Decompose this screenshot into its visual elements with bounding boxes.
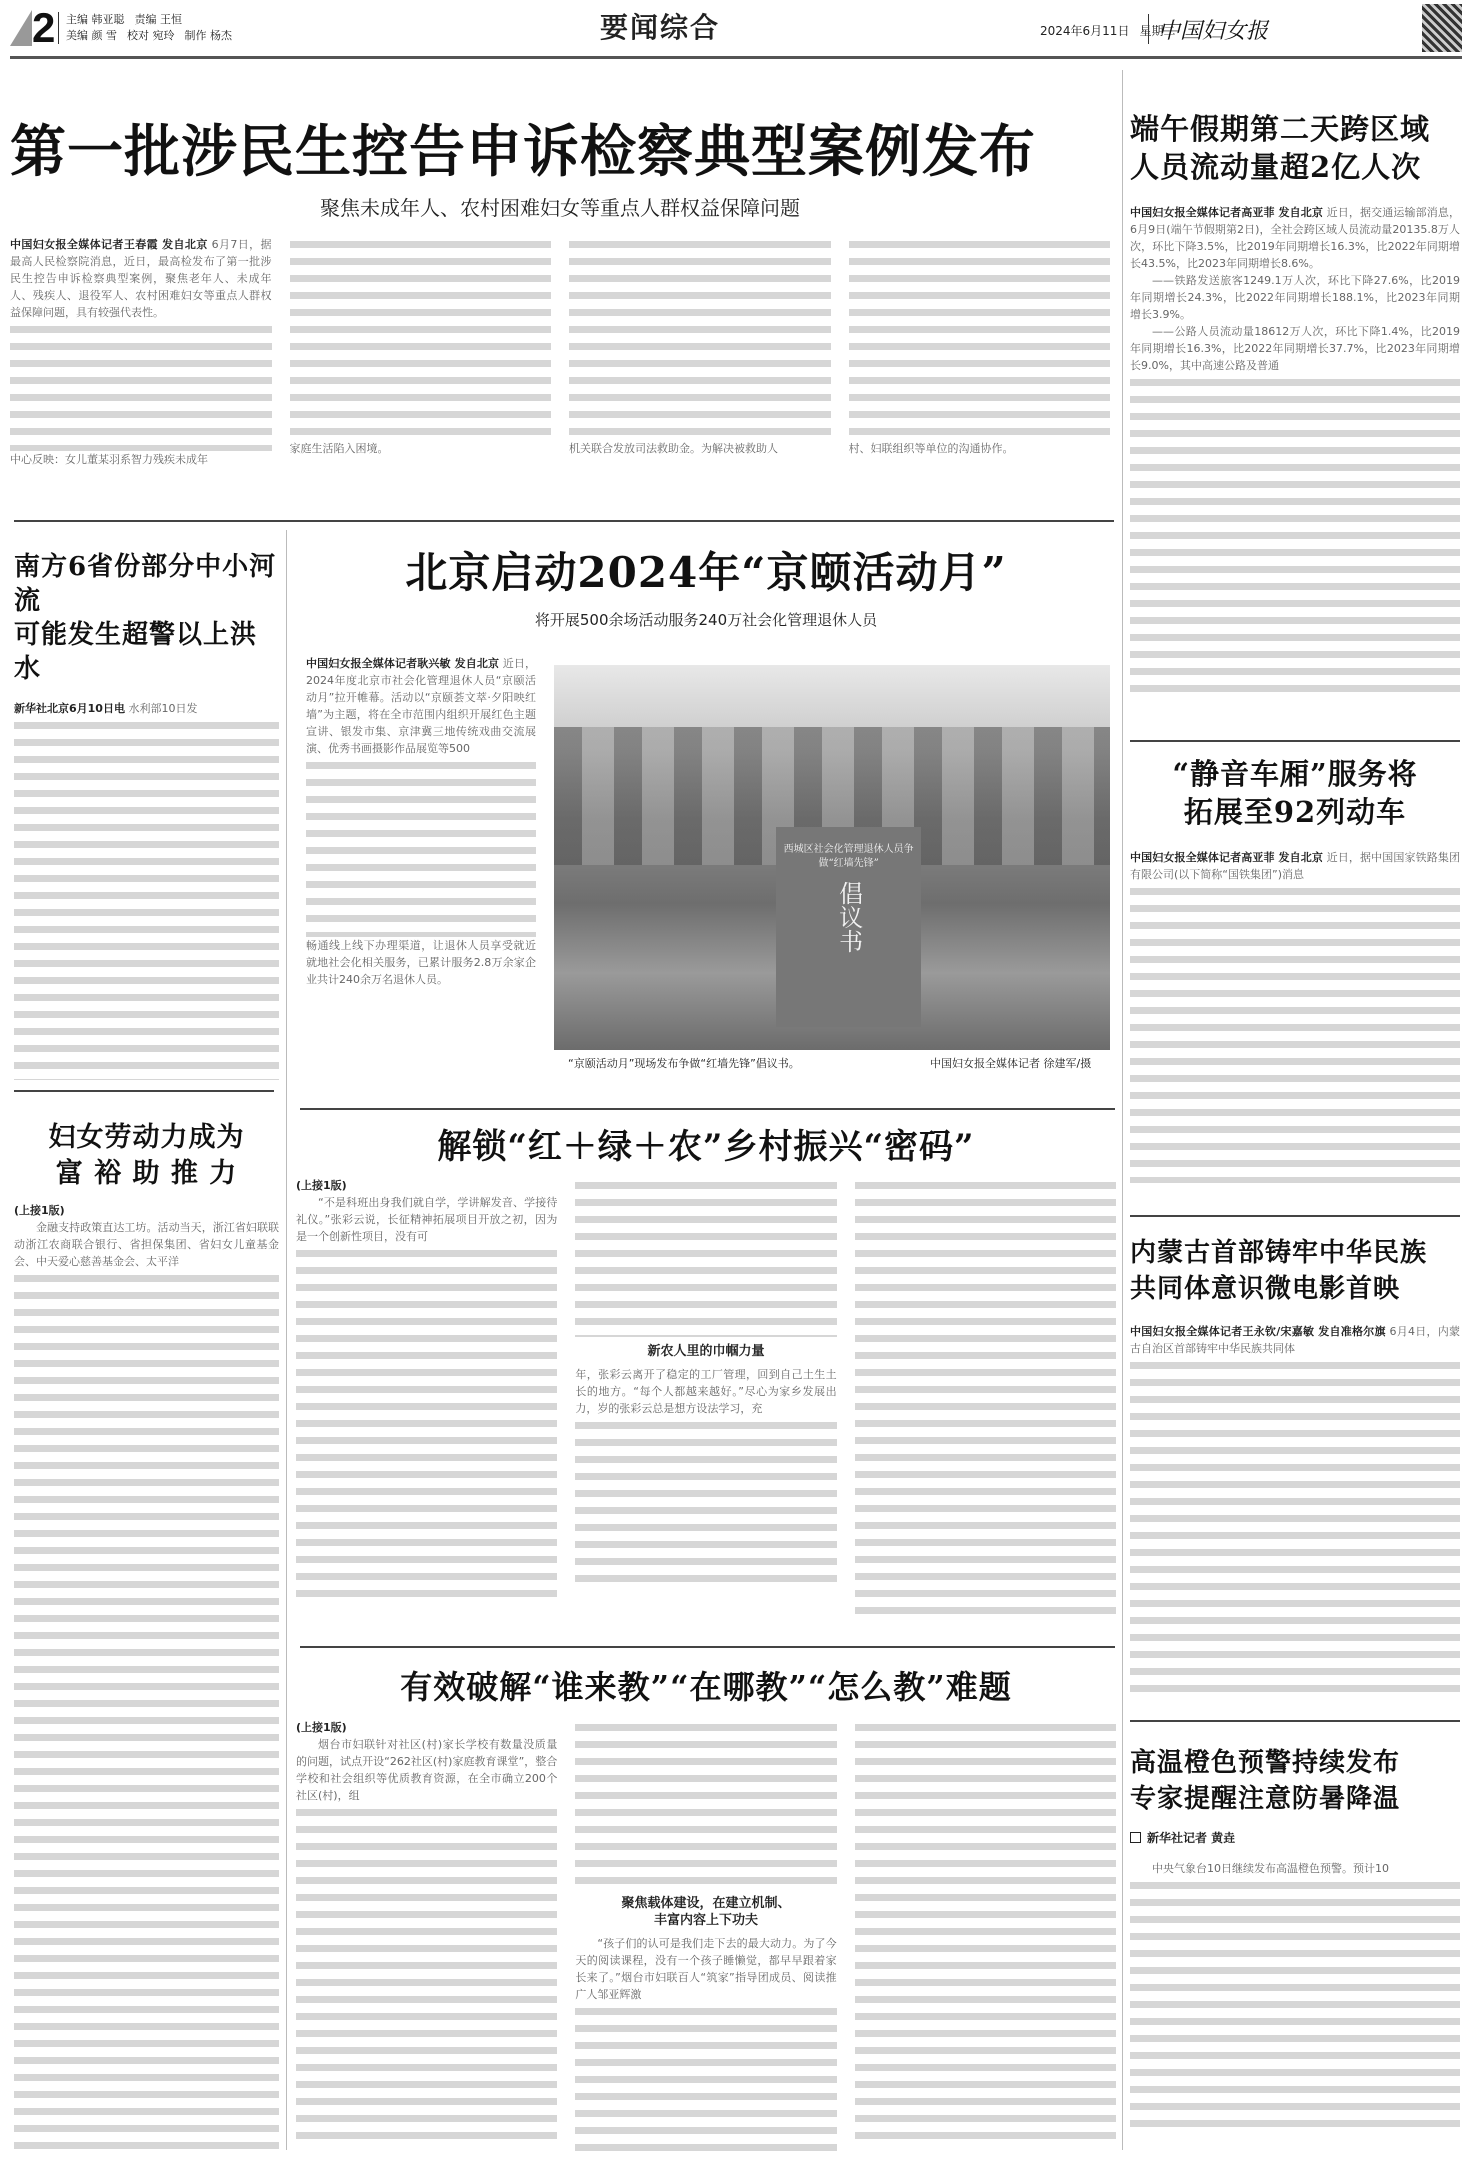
holiday-travel-story: 端午假期第二天跨区域 人员流动量超2亿人次 中国妇女报全媒体记者高亚菲 发自北京… — [1130, 110, 1460, 730]
column-2: 聚焦载体建设，在建立机制、 丰富内容上下功夫 “孩子们的认可是我们走下去的最大动… — [575, 1719, 836, 2153]
photo-credit: 中国妇女报全媒体记者 徐建军/摄 — [930, 1055, 1091, 1071]
event-photo[interactable]: 西城区社会化管理退休人员争做“红墙先锋” 倡议书 — [554, 665, 1110, 1050]
credit-chief-editor: 主编 韩亚聪 — [66, 13, 125, 26]
byline: 新华社记者 黄垚 — [1130, 1829, 1460, 1846]
lead-headline[interactable]: 第一批涉民生控告申诉检察典型案例发布 — [10, 112, 1110, 192]
column-end: 家庭生活陷入困境。 — [290, 440, 552, 457]
text-lines — [1130, 1357, 1460, 1697]
text-lines — [569, 236, 831, 440]
family-education-story: 有效破解“谁来教”“在哪教”“怎么教”难题 (上接1版) 烟台市妇联针对社区(村… — [296, 1665, 1116, 2155]
headline-line: 南方6省份部分中小河流 — [14, 550, 279, 618]
section-title: 要闻综合 — [600, 6, 720, 46]
headline-line: 端午假期第二天跨区域 — [1130, 110, 1460, 148]
lead-column-3: 机关联合发放司法救助金。为解决被救助人 — [569, 236, 831, 468]
board-main-text: 倡议书 — [832, 881, 866, 953]
headline-line: 拓展至92列动车 — [1130, 793, 1460, 831]
story-body: 中国妇女报全媒体记者高亚菲 发自北京 近日，据中国国家铁路集团有限公司(以下简称… — [1130, 849, 1460, 1183]
column-1: (上接1版) “不是科班出身我们就自学，学讲解发音、学接待礼仪。”张彩云说，长征… — [296, 1177, 557, 1617]
story-subheadline: 将开展500余场活动服务240万社会化管理退休人员 — [296, 609, 1116, 630]
story-headline[interactable]: 南方6省份部分中小河流 可能发生超警以上洪水 — [14, 550, 279, 686]
lead-column-4: 村、妇联组织等单位的沟通协作。 — [849, 236, 1111, 468]
text-lines — [14, 1270, 279, 2150]
story-body: 新华社北京6月10日电 水利部10日发 — [14, 700, 279, 1080]
story-body: (上接1版) 金融支持政策直达工坊。活动当天，浙江省妇联联动浙江农商联合银行、省… — [14, 1202, 279, 2150]
section-rule — [14, 520, 1114, 522]
newspaper-logo: 中国妇女报 — [1158, 14, 1268, 45]
section-rule — [1130, 1215, 1460, 1217]
text-lines — [296, 1245, 557, 1605]
section-rule — [1130, 740, 1460, 742]
credit-producer: 制作 杨杰 — [185, 29, 233, 42]
story-headline[interactable]: 内蒙古首部铸牢中华民族 共同体意识微电影首映 — [1130, 1235, 1460, 1307]
credit-art-editor: 美编 颜 雪 — [66, 29, 117, 42]
page-corner-triangle — [10, 10, 32, 46]
divider — [58, 12, 59, 44]
continued-marker: (上接1版) — [296, 1719, 557, 1736]
headline-line: 专家提醒注意防暑降温 — [1130, 1781, 1460, 1817]
story-headline[interactable]: “静音车厢”服务将 拓展至92列动车 — [1130, 755, 1460, 831]
story-headline[interactable]: 北京启动2024年“京颐活动月” — [296, 545, 1116, 601]
byline: 中国妇女报全媒体记者王春霞 发自北京 — [10, 238, 208, 251]
headline-line: 人员流动量超2亿人次 — [1130, 148, 1460, 186]
story-headline[interactable]: 高温橙色预警持续发布 专家提醒注意防暑降温 — [1130, 1745, 1460, 1817]
text-lines — [290, 236, 552, 440]
column-divider — [1122, 70, 1123, 2150]
body-text: 金融支持政策直达工坊。活动当天，浙江省妇联联动浙江农商联合银行、省担保集团、省妇… — [14, 1219, 279, 1270]
column-3 — [855, 1177, 1116, 1617]
section-rule — [300, 1108, 1115, 1110]
column-end: 机关联合发放司法救助金。为解决被救助人 — [569, 440, 831, 457]
headline-line: 妇女劳动力成为 — [14, 1120, 279, 1156]
section-rule — [14, 1090, 274, 1092]
credit-proofreader: 校对 宛玲 — [127, 29, 175, 42]
text-lines — [1130, 883, 1460, 1183]
column-2: 新农人里的巾帼力量 年，张彩云离开了稳定的工厂管理，回到自己土生土长的地方。“每… — [575, 1177, 836, 1617]
divider — [1148, 14, 1149, 44]
headline-line: 高温橙色预警持续发布 — [1130, 1745, 1460, 1781]
byline: 中国妇女报全媒体记者高亚菲 发自北京 — [1130, 851, 1323, 864]
women-labor-story: 妇女劳动力成为 富 裕 助 推 力 (上接1版) 金融支持政策直达工坊。活动当天… — [14, 1120, 279, 2150]
headline-line: 富 裕 助 推 力 — [14, 1156, 279, 1192]
lead-column-2: 家庭生活陷入困境。 — [290, 236, 552, 468]
headline-line: 可能发生超警以上洪水 — [14, 618, 279, 686]
body-text: 中央气象台10日继续发布高温橙色预警。预计10 — [1152, 1862, 1389, 1875]
story-columns: (上接1版) “不是科班出身我们就自学，学讲解发音、学接待礼仪。”张彩云说，长征… — [296, 1177, 1116, 1617]
body-text-end: 畅通线上线下办理渠道，让退休人员享受就近就地社会化相关服务，已累计服务2.8万余… — [306, 937, 536, 988]
section-rule — [300, 1646, 1115, 1648]
continued-marker: (上接1版) — [296, 1177, 557, 1194]
story-subhead: 新农人里的巾帼力量 — [575, 1343, 836, 1360]
initiative-board: 西城区社会化管理退休人员争做“红墙先锋” 倡议书 — [776, 827, 921, 1027]
section-rule — [1130, 1720, 1460, 1722]
body-text: “不是科班出身我们就自学，学讲解发音、学接待礼仪。”张彩云说，长征精神拓展项目开… — [296, 1194, 557, 1245]
text-lines — [10, 321, 272, 451]
column-divider — [286, 530, 287, 2150]
body-text: 烟台市妇联针对社区(村)家长学校有数量没质量的问题，试点开设“262社区(村)家… — [296, 1736, 557, 1804]
text-lines — [575, 1719, 836, 1889]
heat-warning-story: 高温橙色预警持续发布 专家提醒注意防暑降温 新华社记者 黄垚 中央气象台10日继… — [1130, 1745, 1460, 2155]
text-lines — [1130, 1877, 1460, 2137]
board-title: 西城区社会化管理退休人员争做“红墙先锋” — [776, 843, 921, 871]
masthead: 2 主编 韩亚聪责编 王恒 美编 颜 雪校对 宛玲制作 杨杰 要闻综合 2024… — [0, 0, 1472, 58]
qr-code-icon[interactable] — [1422, 4, 1462, 52]
text-lines — [296, 1804, 557, 2144]
text-lines — [575, 1177, 836, 1337]
story-headline[interactable]: 端午假期第二天跨区域 人员流动量超2亿人次 — [1130, 110, 1460, 186]
flood-story: 南方6省份部分中小河流 可能发生超警以上洪水 新华社北京6月10日电 水利部10… — [14, 550, 279, 1080]
byline: 中国妇女报全媒体记者耿兴敏 发自北京 — [306, 657, 499, 670]
rural-revitalization-story: 解锁“红＋绿＋农”乡村振兴“密码” (上接1版) “不是科班出身我们就自学，学讲… — [296, 1125, 1116, 1645]
continued-marker: (上接1版) — [14, 1202, 279, 1219]
byline: 新华社北京6月10日电 — [14, 702, 125, 715]
subhead-line: 聚焦载体建设，在建立机制、 — [575, 1895, 836, 1912]
text-lines — [855, 1177, 1116, 1617]
lead-subheadline: 聚焦未成年人、农村困难妇女等重点人群权益保障问题 — [10, 194, 1110, 222]
editor-credits: 主编 韩亚聪责编 王恒 美编 颜 雪校对 宛玲制作 杨杰 — [66, 12, 242, 44]
page-number: 2 — [32, 6, 55, 50]
quiet-carriage-story: “静音车厢”服务将 拓展至92列动车 中国妇女报全媒体记者高亚菲 发自北京 近日… — [1130, 755, 1460, 1195]
credit-editor: 责编 王恒 — [135, 13, 183, 26]
byline: 中国妇女报全媒体记者高亚菲 发自北京 — [1130, 206, 1323, 219]
story-headline[interactable]: 有效破解“谁来教”“在哪教”“怎么教”难题 — [296, 1665, 1116, 1709]
body-text: 近日，2024年度北京市社会化管理退休人员“京颐活动月”拉开帷幕。活动以“京颐荟… — [306, 657, 536, 755]
column-end: 村、妇联组织等单位的沟通协作。 — [849, 440, 1111, 457]
story-headline[interactable]: 妇女劳动力成为 富 裕 助 推 力 — [14, 1120, 279, 1192]
story-body: 中国妇女报全媒体记者耿兴敏 发自北京 近日，2024年度北京市社会化管理退休人员… — [306, 655, 536, 988]
text-lines — [849, 236, 1111, 440]
paragraph: ——公路人员流动量18612万人次，环比下降1.4%，比2019年同期增长16.… — [1130, 323, 1460, 374]
byline-text: 新华社记者 黄垚 — [1147, 1831, 1235, 1845]
lead-column-1: 中国妇女报全媒体记者王春霞 发自北京 6月7日，据最高人民检察院消息，近日，最高… — [10, 236, 272, 468]
headline-line: 共同体意识微电影首映 — [1130, 1271, 1460, 1307]
story-body: 中国妇女报全媒体记者王永钦/宋嘉敏 发自准格尔旗 6月4日，内蒙古自治区首部铸牢… — [1130, 1323, 1460, 1697]
paragraph: ——铁路发送旅客1249.1万人次，环比下降27.6%，比2019年同期增长24… — [1130, 272, 1460, 323]
text-lines — [575, 2003, 836, 2153]
text-lines — [306, 757, 536, 937]
story-subhead: 聚焦载体建设，在建立机制、 丰富内容上下功夫 — [575, 1895, 836, 1929]
date: 2024年6月11日 — [1040, 24, 1129, 38]
subhead-line: 丰富内容上下功夫 — [575, 1912, 836, 1929]
body-text: 年，张彩云离开了稳定的工厂管理，回到自己土生土长的地方。“每个人都越来越好。”尽… — [575, 1366, 836, 1417]
byline: 中国妇女报全媒体记者王永钦/宋嘉敏 发自准格尔旗 — [1130, 1325, 1386, 1338]
text-lines — [1130, 374, 1460, 694]
column-1: (上接1版) 烟台市妇联针对社区(村)家长学校有数量没质量的问题，试点开设“26… — [296, 1719, 557, 2153]
photo-caption: “京颐活动月”现场发布争做“红墙先锋”倡议书。 — [568, 1055, 800, 1071]
column-3 — [855, 1719, 1116, 2153]
text-lines — [575, 1417, 836, 1587]
headline-line: “静音车厢”服务将 — [1130, 755, 1460, 793]
body-text: 水利部10日发 — [128, 702, 197, 715]
story-body: 中央气象台10日继续发布高温橙色预警。预计10 — [1130, 1860, 1460, 2137]
body-text: “孩子们的认可是我们走下去的最大动力。为了今天的阅读课程，没有一个孩子睡懒觉，都… — [575, 1935, 836, 2003]
text-lines — [855, 1719, 1116, 2139]
film-premiere-story: 内蒙古首部铸牢中华民族 共同体意识微电影首映 中国妇女报全媒体记者王永钦/宋嘉敏… — [1130, 1235, 1460, 1705]
column-end: 中心反映：女儿董某羽系智力残疾未成年 — [10, 451, 272, 468]
story-body: 中国妇女报全媒体记者高亚菲 发自北京 近日，据交通运输部消息，6月9日(端午节假… — [1130, 204, 1460, 694]
square-bullet-icon — [1130, 1832, 1141, 1843]
header-rule — [10, 56, 1462, 59]
lead-columns: 中国妇女报全媒体记者王春霞 发自北京 6月7日，据最高人民检察院消息，近日，最高… — [10, 236, 1110, 468]
text-lines — [14, 717, 279, 1080]
headline-line: 内蒙古首部铸牢中华民族 — [1130, 1235, 1460, 1271]
lead-story: 第一批涉民生控告申诉检察典型案例发布 聚焦未成年人、农村困难妇女等重点人群权益保… — [10, 70, 1110, 470]
story-columns: (上接1版) 烟台市妇联针对社区(村)家长学校有数量没质量的问题，试点开设“26… — [296, 1719, 1116, 2153]
story-headline[interactable]: 解锁“红＋绿＋农”乡村振兴“密码” — [296, 1125, 1116, 1169]
